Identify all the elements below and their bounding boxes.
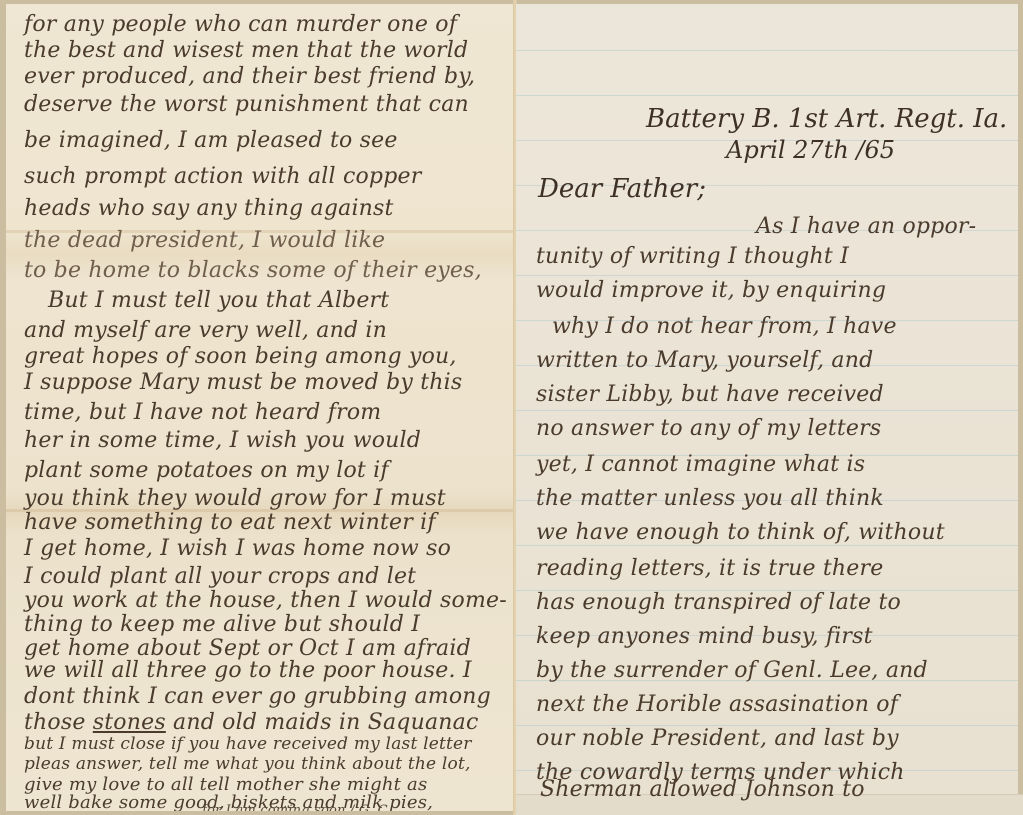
letter-line: and myself are very well, and in — [24, 318, 387, 343]
letter-line: yet, I cannot imagine what is — [536, 452, 865, 477]
letter-page-left: for any people who can murder one of the… — [6, 4, 514, 811]
letter-line: her in some time, I wish you would — [24, 428, 421, 453]
letter-line: to be home to blacks some of their eyes, — [24, 258, 482, 283]
letter-line: dont think I can ever go grubbing among — [24, 684, 491, 709]
letter-line: deserve the worst punishment that can — [24, 92, 469, 117]
letter-line: tunity of writing I thought I — [536, 244, 849, 269]
letter-line: written to Mary, yourself, and — [536, 348, 873, 373]
letter-line: pleas answer, tell me what you think abo… — [24, 754, 471, 774]
letter-line: such prompt action with all copper — [24, 164, 421, 189]
letter-line: you work at the house, then I would some… — [24, 588, 507, 613]
letter-line: keep anyones mind busy, first — [536, 624, 873, 649]
letter-line: Sherman allowed Johnson to — [540, 777, 865, 802]
letter-line: our noble President, and last by — [536, 726, 899, 751]
letter-line: time, but I have not heard from — [24, 400, 381, 425]
letter-line: by the surrender of Genl. Lee, and — [536, 658, 928, 683]
letter-line: no answer to any of my letters — [536, 416, 881, 441]
letter-line: ever produced, and their best friend by, — [24, 64, 475, 89]
letter-line: I get home, I wish I was home now so — [24, 536, 451, 561]
letter-line: we will all three go to the poor house. … — [24, 658, 472, 683]
letter-line: for any people who can murder one of — [24, 12, 457, 37]
letter-line: As I have an oppor- — [756, 214, 976, 239]
letter-line: has enough transpired of late to — [536, 590, 901, 615]
letter-line: heads who say any thing against — [24, 196, 394, 221]
letter-line: would improve it, by enquiring — [536, 278, 886, 303]
underlined-word: stones — [93, 710, 166, 735]
letter-date: April 27th /65 — [726, 136, 895, 164]
letter-line: the dead president, I would like — [24, 228, 385, 253]
letter-line: why I do not hear from, I have — [552, 314, 897, 339]
letter-heading-location: Battery B. 1st Art. Regt. Ia. — [646, 104, 1007, 134]
letter-line: we have enough to think of, without — [536, 520, 945, 545]
letter-line: great hopes of soon being among you, — [24, 344, 457, 369]
letter-line: you think they would grow for I must — [24, 486, 446, 511]
letter-line: but I must close if you have received my… — [24, 734, 472, 754]
letter-line: reading letters, it is true there — [536, 556, 883, 581]
letter-line: those stones and old maids in Saquanac — [24, 710, 478, 735]
mat-border: Sherman allowed Johnson to — [516, 794, 1023, 815]
letter-line: plant some potatoes on my lot if — [24, 458, 389, 483]
letter-line: next the Horible assasination of — [536, 692, 898, 717]
letter-line: have something to eat next winter if — [24, 510, 436, 535]
letter-line: sister Libby, but have received — [536, 382, 884, 407]
letter-line: I suppose Mary must be moved by this — [24, 370, 462, 395]
letter-line: thing to keep me alive but should I — [24, 612, 420, 637]
letter-salutation: Dear Father; — [538, 174, 706, 204]
letter-page-right: Battery B. 1st Art. Regt. Ia. April 27th… — [516, 4, 1018, 794]
letter-signature-line: for I am coming soon / G. C. — [202, 803, 392, 811]
letter-line: the matter unless you all think — [536, 486, 884, 511]
letter-line: be imagined, I am pleased to see — [24, 128, 398, 153]
letter-line: I could plant all your crops and let — [24, 564, 416, 589]
framed-letter: for any people who can murder one of the… — [0, 0, 1023, 815]
letter-line: But I must tell you that Albert — [48, 288, 389, 313]
letter-line: the best and wisest men that the world — [24, 38, 468, 63]
